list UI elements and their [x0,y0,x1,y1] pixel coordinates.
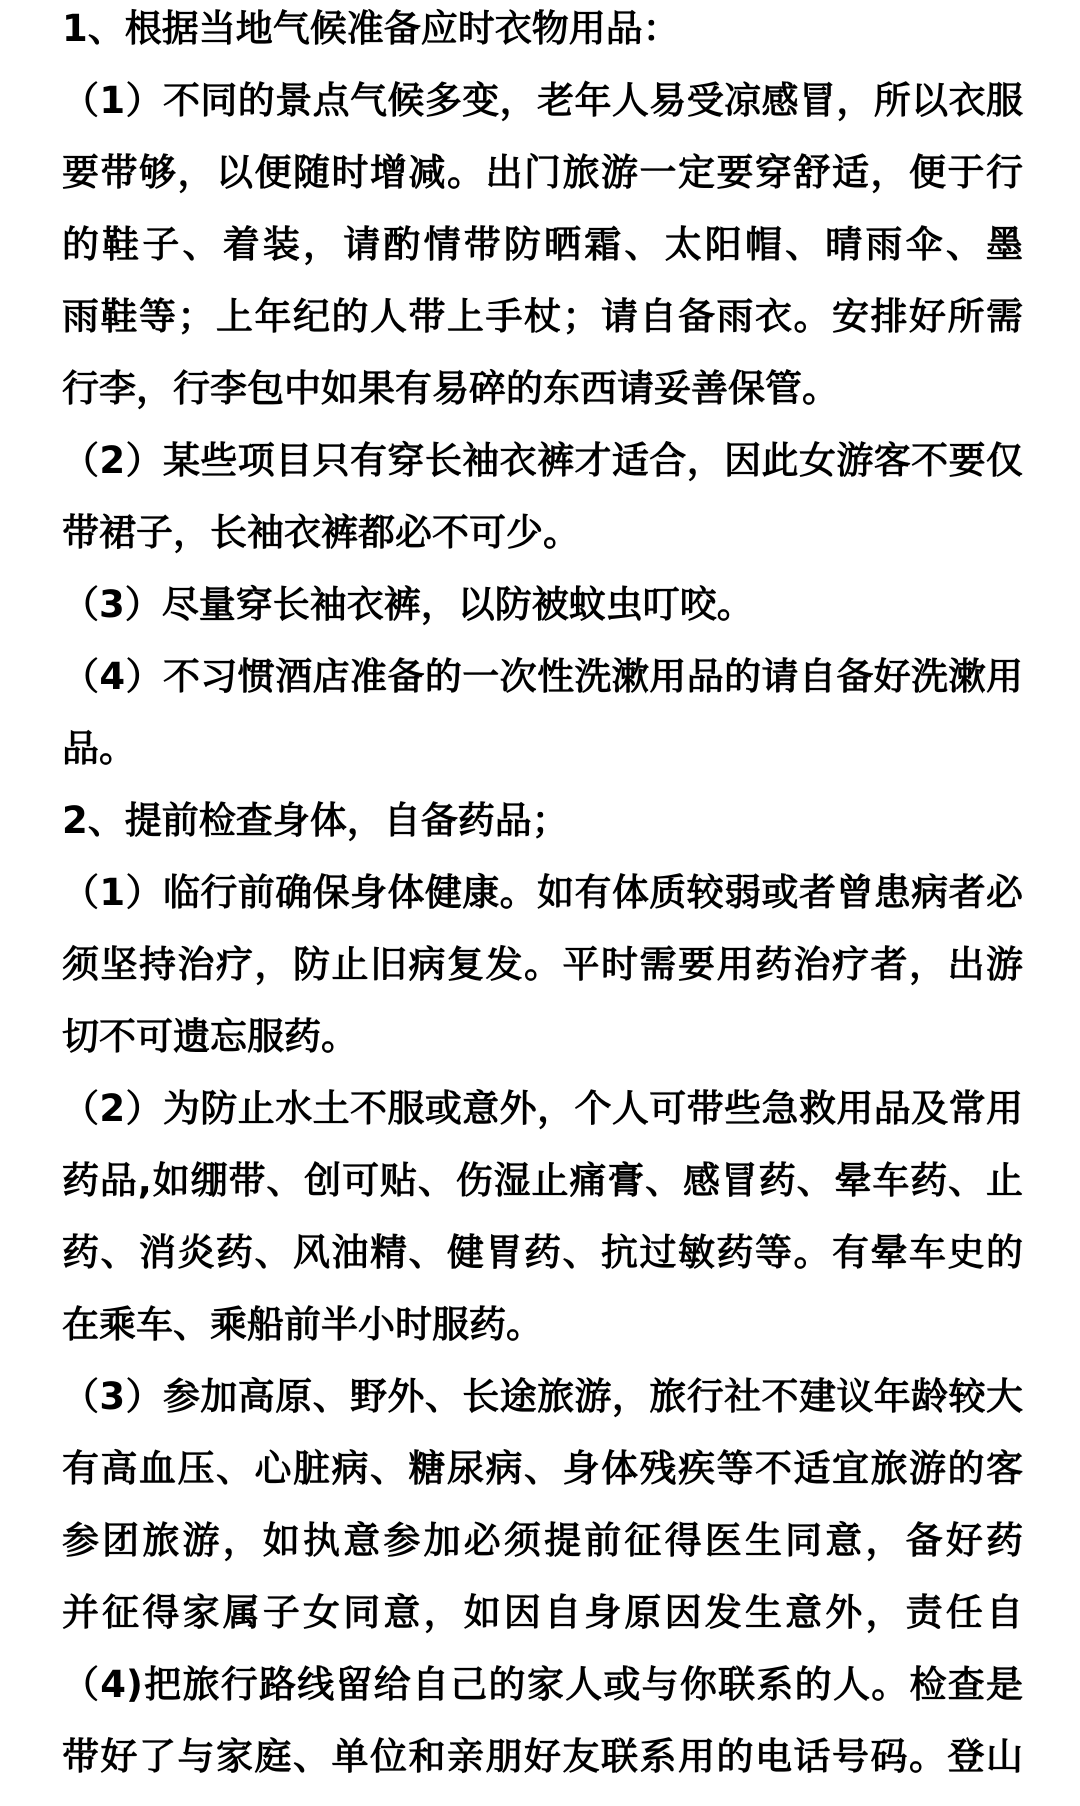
text-line: 药、消炎药、风油精、健胃药、抗过敏药等。有晕车史的要 [62,1217,1023,1289]
text-line: 雨鞋等；上年纪的人带上手杖；请自备雨衣。安排好所需的 [62,281,1023,353]
text-line: （1）临行前确保身体健康。如有体质较弱或者曾患病者必 [62,857,1023,929]
text-line: （3）参加高原、野外、长途旅游，旅行社不建议年龄较大或 [62,1361,1023,1433]
document-body: 1、根据当地气候准备应时衣物用品：（1）不同的景点气候多变，老年人易受凉感冒，所… [62,0,1023,1793]
text-line: （3）尽量穿长袖衣裤，以防被蚊虫叮咬。 [62,569,1023,641]
text-line: （2）某些项目只有穿长袖衣裤才适合，因此女游客不要仅 [62,425,1023,497]
text-line: 切不可遗忘服药。 [62,1001,1023,1073]
text-line: 带裙子，长袖衣裤都必不可少。 [62,497,1023,569]
text-line: 行李，行李包中如果有易碎的东西请妥善保管。 [62,353,1023,425]
text-line: 带好了与家庭、单位和亲朋好友联系用的电话号码。登山安 [62,1721,1023,1793]
text-line: （2）为防止水土不服或意外，个人可带些急救用品及常用 [62,1073,1023,1145]
text-line: （4）不习惯酒店准备的一次性洗漱用品的请自备好洗漱用 [62,641,1023,713]
text-line: 并征得家属子女同意，如因自身原因发生意外，责任自负。 [62,1577,1023,1649]
text-line: 有高血压、心脏病、糖尿病、身体残疾等不适宜旅游的客人 [62,1433,1023,1505]
text-line: （4)把旅行路线留给自己的家人或与你联系的人。检查是否 [62,1649,1023,1721]
document-page: 1、根据当地气候准备应时衣物用品：（1）不同的景点气候多变，老年人易受凉感冒，所… [0,0,1080,1799]
text-line: 1、根据当地气候准备应时衣物用品： [62,0,1023,65]
text-line: 2、提前检查身体，自备药品； [62,785,1023,857]
text-line: 品。 [62,713,1023,785]
text-line: 须坚持治疗，防止旧病复发。平时需要用药治疗者，出游时 [62,929,1023,1001]
text-line: 在乘车、乘船前半小时服药。 [62,1289,1023,1361]
text-line: 参团旅游，如执意参加必须提前征得医生同意，备好药品， [62,1505,1023,1577]
text-line: 药品,如绷带、创可贴、伤湿止痛膏、感冒药、晕车药、止泻 [62,1145,1023,1217]
text-line: （1）不同的景点气候多变，老年人易受凉感冒，所以衣服 [62,65,1023,137]
text-line: 要带够，以便随时增减。出门旅游一定要穿舒适，便于行走 [62,137,1023,209]
text-line: 的鞋子、着装，请酌情带防晒霜、太阳帽、晴雨伞、墨镜、 [62,209,1023,281]
